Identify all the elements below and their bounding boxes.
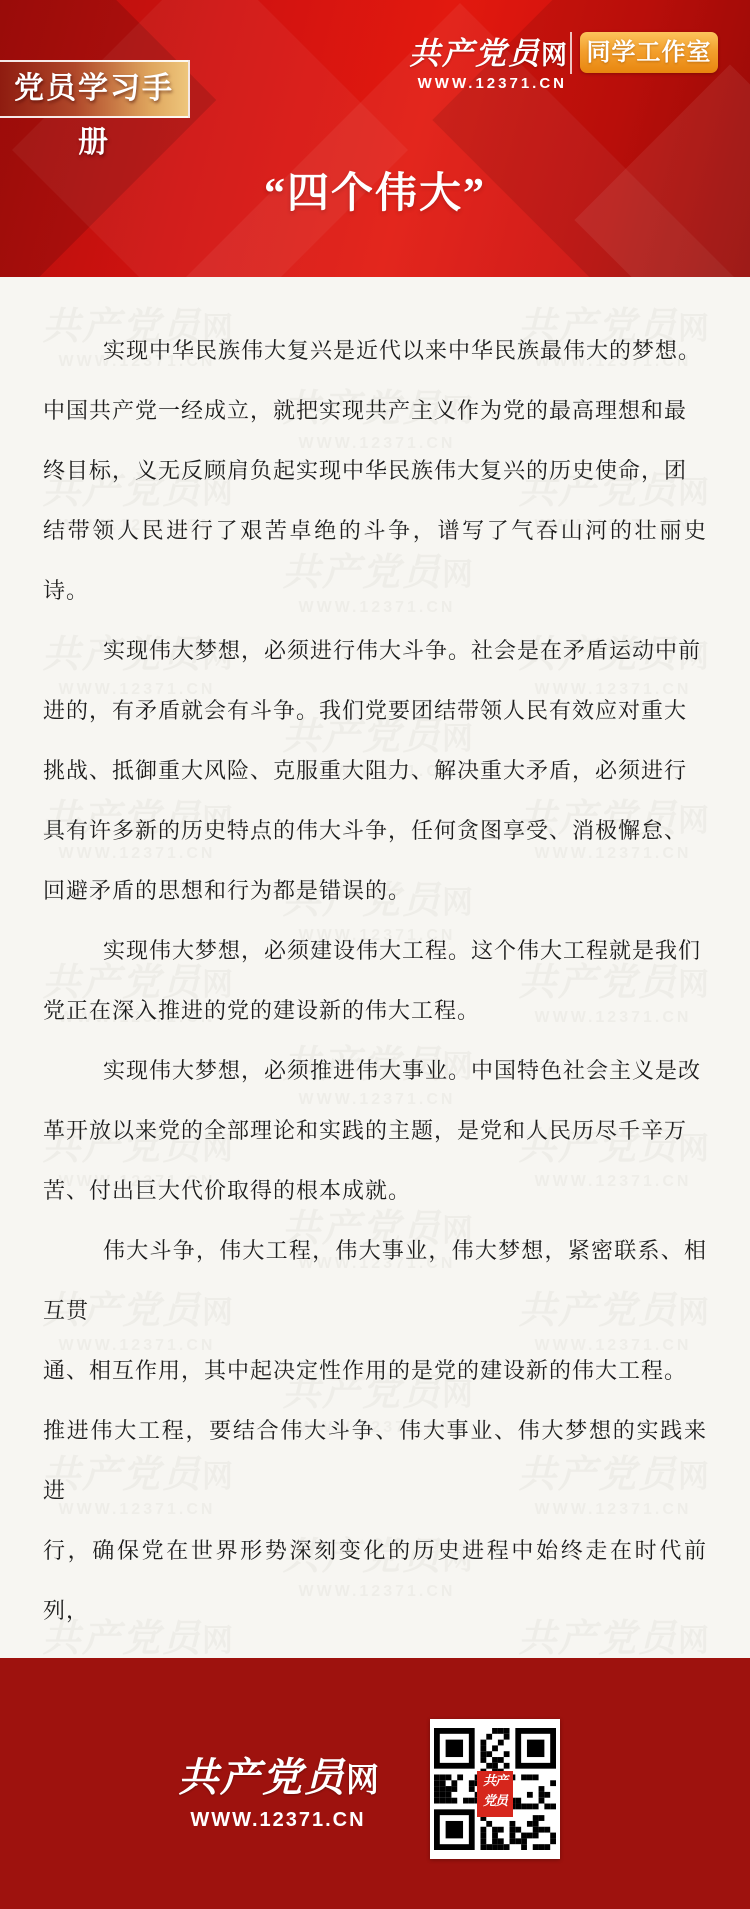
paragraph: 实现伟大梦想，必须推进伟大事业。中国特色社会主义是改 革开放以来党的全部理论和实… bbox=[43, 1041, 707, 1221]
footer-site-url: WWW.12371.CN bbox=[178, 1809, 378, 1832]
site-logo-script: 共产党员网 bbox=[409, 28, 567, 73]
site-logo: 共产党员网 WWW.12371.CN bbox=[409, 28, 567, 92]
article-text: 实现中华民族伟大复兴是近代以来中华民族最伟大的梦想。 中国共产党一经成立，就把实… bbox=[0, 277, 750, 1658]
footer-logo-script: 共产党员网 bbox=[178, 1746, 378, 1803]
page-title: “四个伟大” bbox=[0, 160, 750, 220]
footer-banner: 共产党员网 WWW.12371.CN 共产 党员 bbox=[0, 1658, 750, 1909]
site-url: WWW.12371.CN bbox=[409, 75, 567, 92]
qr-center-text: 共产 bbox=[477, 1771, 513, 1791]
qr-center-logo: 共产 党员 bbox=[477, 1771, 513, 1817]
footer-logo-wang: 网 bbox=[346, 1763, 381, 1799]
handbook-ribbon: 党员学习手册 bbox=[0, 60, 190, 118]
studio-badge: 同学工作室 bbox=[580, 32, 718, 73]
article-body: 共产党员网WWW.12371.CN共产党员网WWW.12371.CN共产党员网W… bbox=[0, 277, 750, 1658]
paragraph: 实现伟大梦想，必须建设伟大工程。这个伟大工程就是我们 党正在深入推进的党的建设新… bbox=[43, 921, 707, 1041]
paragraph: 伟大斗争，伟大工程，伟大事业，伟大梦想，紧密联系、相互贯 通、相互作用，其中起决… bbox=[43, 1221, 707, 1658]
qr-code: 共产 党员 bbox=[430, 1719, 560, 1859]
header-banner: 共产党员网 WWW.12371.CN 同学工作室 党员学习手册 “四个伟大” bbox=[0, 0, 750, 277]
qr-center-text: 党员 bbox=[477, 1791, 513, 1811]
site-logo-wang: 网 bbox=[541, 41, 567, 70]
footer-logo: 共产党员网 WWW.12371.CN bbox=[178, 1746, 378, 1832]
paragraph: 实现伟大梦想，必须进行伟大斗争。社会是在矛盾运动中前 进的，有矛盾就会有斗争。我… bbox=[43, 621, 707, 921]
header-divider bbox=[570, 32, 572, 74]
page: 共产党员网 WWW.12371.CN 同学工作室 党员学习手册 “四个伟大” 共… bbox=[0, 0, 750, 1909]
paragraph: 实现中华民族伟大复兴是近代以来中华民族最伟大的梦想。 中国共产党一经成立，就把实… bbox=[43, 321, 707, 621]
